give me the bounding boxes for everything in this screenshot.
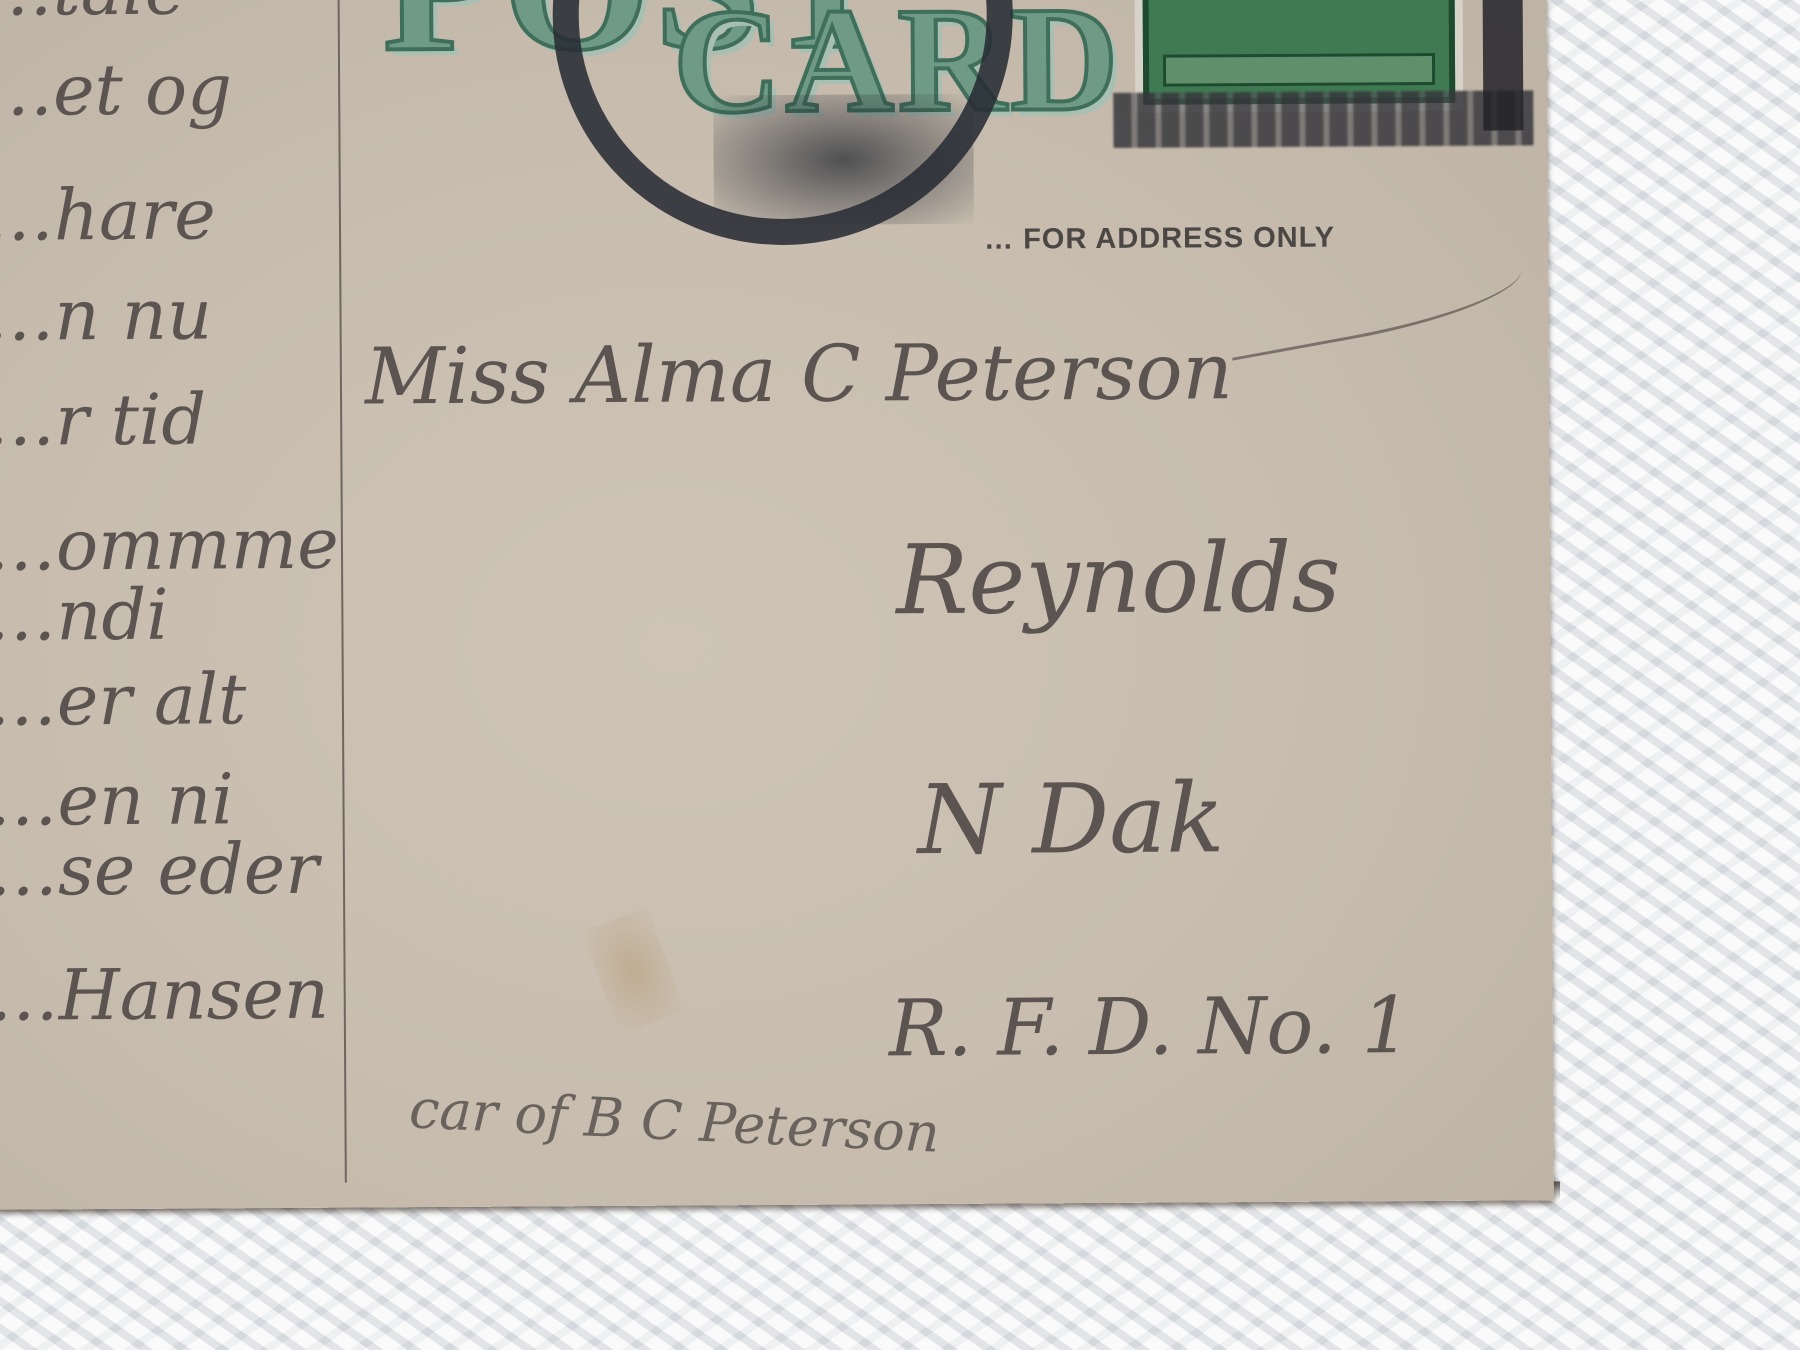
recipient-route: R. F. D. No. 1 [889, 981, 1412, 1074]
cancellation-bars-icon [1113, 90, 1533, 148]
cancellation-edge-icon [1482, 0, 1523, 131]
recipient-state: N Dak [917, 762, 1225, 876]
recipient-name: Miss Alma C Peterson [365, 327, 1233, 422]
pen-stroke [1221, 245, 1527, 361]
postage-stamp-icon [1142, 0, 1455, 105]
water-stain [582, 907, 686, 1034]
message-address-divider [338, 0, 347, 1183]
recipient-city: Reynolds [896, 522, 1341, 637]
message-line: …ndi [0, 574, 169, 657]
address-side-label: … FOR ADDRESS ONLY [984, 222, 1335, 257]
message-signature: …Hansen [0, 953, 329, 1037]
postcard: POST CARD … FOR ADDRESS ONLY …tale …et o… [0, 0, 1554, 1210]
message-line: …tale [0, 0, 186, 32]
message-line: …er alt [0, 658, 247, 742]
postmark-ink-smudge [713, 94, 974, 226]
message-line: …hare [0, 173, 216, 256]
message-line: …et og [0, 48, 232, 132]
stamp-denomination-band [1163, 53, 1435, 87]
message-line: …se eder [0, 828, 319, 912]
message-line: …r tid [0, 378, 206, 461]
recipient-care-of: car of B C Peterson [408, 1077, 941, 1164]
message-line: …n nu [0, 273, 212, 356]
